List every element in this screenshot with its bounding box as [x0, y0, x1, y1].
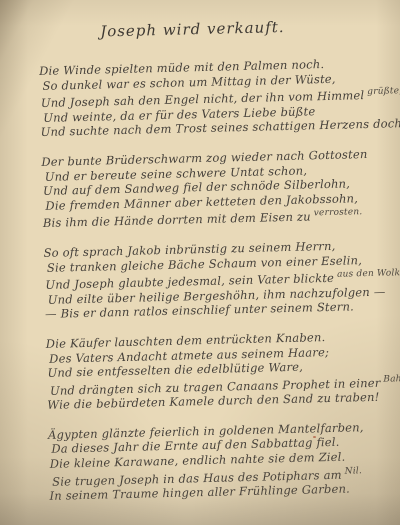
stanza-1: Die Winde spielten müde mit den Palmen n… [39, 56, 381, 140]
stanza-4: Die Käufer lauschten dem entrückten Knab… [46, 329, 388, 413]
line-text: Bis ihm die Hände dorrten mit dem Eisen … [43, 210, 311, 231]
inserted-word: grüßte, [367, 86, 400, 97]
stanza-2: Der bunte Brüderschwarm zog wieder nach … [41, 147, 383, 231]
stanza-5: Ägypten glänzte feierlich in goldenen Ma… [48, 419, 390, 503]
poem-text-block: Joseph wird verkauft. Die Winde spielten… [38, 16, 390, 519]
inserted-word: Bahre, [383, 374, 400, 385]
inserted-word: aus den Wolken [337, 268, 400, 280]
manuscript-page: Joseph wird verkauft. Die Winde spielten… [0, 0, 400, 525]
stanza-3: So oft sprach Jakob inbrünstig zu seinem… [43, 238, 385, 322]
inserted-word: verrosten. [314, 207, 363, 218]
poem-title: Joseph wird verkauft. [100, 16, 378, 41]
inserted-word: Nil. [345, 466, 363, 476]
